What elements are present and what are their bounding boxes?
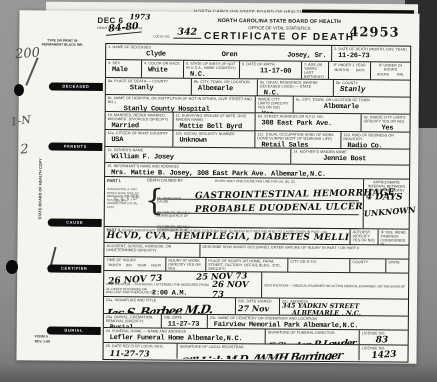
- ssn-value: Unknown: [175, 137, 252, 146]
- cause-line-a: 18. IMMEDIATE CAUSE GASTROINTESTINAL HEM…: [157, 186, 359, 201]
- field-informant: 15. INFORMANT'S NAME AND ADDRESS Mrs. Ma…: [105, 163, 409, 179]
- field-injury-county: COUNTY: [350, 259, 386, 272]
- section-cause-of-death: PART I. DEATH CAUSED BY: ENTER ONLY ONE …: [105, 177, 409, 230]
- death-caused-by-label: DEATH CAUSED BY:: [147, 178, 183, 182]
- field-occupation: 12c. USUAL OCCUPATION (KIND OF WORK DONE…: [255, 131, 341, 148]
- field-death-city: 8b. CITY, TOWN, OR LOCATION Albemarle: [192, 79, 258, 96]
- marital-value: Married: [107, 122, 170, 129]
- findings-label: IF YES, WERE FINDINGS CONSIDERED IN DETE…: [380, 230, 406, 244]
- field-residence-city-limits: 9e. INSIDE CITY LIMITS (SPECIFY YES OR N…: [361, 114, 409, 131]
- registrar-license-value: 1423: [361, 349, 406, 360]
- death-occurred-time: 2:00 A.M.: [148, 289, 187, 297]
- pencil-annotation-2: 2: [20, 142, 29, 158]
- address-line2: ALBEMARLE , N.C.: [282, 309, 406, 316]
- certificate-serial-number: 42953: [349, 25, 399, 40]
- street-label: 9d. STREET ADDRESS OR R.F.D. NO.: [258, 114, 359, 119]
- death-county-label: 8a. PLACE OF DEATH — COUNTY: [108, 79, 189, 84]
- tab-burial: BURIAL: [47, 327, 101, 335]
- interval-a-value: 4 DAYS: [366, 192, 403, 202]
- field-date-signed: 22b. DATE SIGNED 27 Nov 73: [236, 298, 280, 314]
- field-how-injury-occurred: DESCRIBE HOW INJURY OCCURRED. ENTER NATU…: [200, 244, 408, 259]
- under24-label: IF UNDER 24 HOURS: [373, 63, 408, 72]
- field-race: 4. COLOR OR RACE White: [142, 60, 184, 77]
- residence-limits-value: Yes: [377, 125, 407, 132]
- citizen-label: 12a. CITIZEN OF WHAT COUNTRY: [107, 131, 170, 136]
- attended-to-date: 26 NOV 73: [212, 280, 261, 297]
- field-findings: IF YES, WERE FINDINGS CONSIDERED IN DETE…: [379, 229, 409, 244]
- field-name-of-deceased: 1. NAME OF DECEASED Clyde Oren Josey, Sr…: [106, 44, 332, 61]
- dob-label: 6. DATE OF BIRTH: [242, 62, 299, 67]
- month-label: MONTH: [109, 263, 121, 267]
- residence-county-label: 9b. COUNTY: [336, 81, 408, 86]
- me-cert-label: CERTIFICATION — MEDICAL EXAMINER OR ACTI…: [264, 283, 405, 298]
- sex-label: 3. SEX: [108, 61, 139, 65]
- injury-county-label: COUNTY: [352, 260, 383, 264]
- certificate-form: 1. NAME OF DECEASED Clyde Oren Josey, Sr…: [102, 43, 411, 363]
- burial-type-value: Burial: [106, 324, 159, 327]
- hospital-limits-label: INSIDE CITY LIMITS (SPECIFY YES OR NO): [258, 97, 291, 110]
- hospital-value: Stanly County Hospital: [120, 105, 253, 112]
- tab-certifier: CERTIFIER: [47, 265, 101, 273]
- year-label: YEAR: [137, 263, 146, 267]
- street-value: 308 East Park Ave.: [258, 119, 359, 128]
- spouse-value: Mattie Bell Byrd: [175, 123, 252, 130]
- field-place-of-injury: PLACE OF INJURY (AT HOME, FARM, STREET, …: [206, 258, 288, 272]
- under1-label: IF UNDER 1 YEAR: [331, 63, 368, 67]
- injury-state-label: STATE: [388, 260, 406, 264]
- death-city-label: 8b. CITY, TOWN, OR LOCATION: [194, 80, 255, 85]
- field-accident-type: ACCIDENT, SUICIDE, HOMICIDE, OR UNDETERM…: [104, 243, 200, 257]
- due-to-b-value: PROBABLE DUODENAL ULCER: [195, 202, 363, 215]
- field-hospital-city-limits: INSIDE CITY LIMITS (SPECIFY YES OR NO) Y…: [256, 96, 294, 112]
- field-citizenship: 12a. CITIZEN OF WHAT COUNTRY USA: [105, 130, 173, 147]
- field-sex: 3. SEX Male: [106, 60, 142, 77]
- interval-column: APPROXIMATE INTERVAL BETWEEN ONSET AND D…: [363, 179, 409, 228]
- father-value: William F. Josey: [107, 153, 288, 163]
- business-label: 12d. KIND OF BUSINESS OR INDUSTRY: [343, 133, 407, 142]
- field-date-of-birth: 6. DATE OF BIRTH 11-17-00: [240, 61, 302, 79]
- mother-value: Jennie Bost: [319, 155, 407, 164]
- marital-label: 10. MARRIED, NEVER MARRIED, WIDOWED, DIV…: [108, 113, 171, 122]
- bstate-label: 5. STATE OF BIRTH (IF NOT IN U.S.A., NAM…: [186, 62, 237, 71]
- mother-label: 14. MOTHER'S MAIDEN NAME: [293, 150, 407, 155]
- burial-type-label: 23a. BURIAL, CREMATION, REMOVAL (SPECIFY…: [106, 315, 159, 324]
- autopsy-label: AUTOPSY (SPECIFY YES OR NO): [353, 230, 376, 243]
- enter-one-cause-note: ENTER ONLY ONE CAUSE PER LINE FOR (A), (…: [215, 179, 335, 184]
- local-no-label: LOCAL NO.: [153, 34, 170, 38]
- pencil-slash-mark: [25, 57, 38, 85]
- date-signed-value: 27 Nov 73: [238, 303, 277, 314]
- name-middle: Oren: [218, 51, 238, 59]
- field-residence-county: 9b. COUNTY Stanly: [334, 80, 410, 97]
- accident-type-label: ACCIDENT, SUICIDE, HOMICIDE, OR UNDETERM…: [106, 244, 197, 253]
- name-last: Josey, Sr.: [283, 52, 326, 60]
- field-certification-physician: CERTIFICATION — PHYSICIAN: I ATTENDED TH…: [104, 271, 262, 297]
- field-physician-address: 22c. ADDRESS 345 YADKIN STREET ALBEMARLE…: [280, 299, 408, 316]
- hole-punch-top: [14, 84, 24, 96]
- day-label: DAY: [126, 263, 133, 267]
- citizen-value: USA: [107, 136, 170, 145]
- burial-date-value: 11-27-73: [164, 321, 205, 328]
- date-received-value: 11-27-73: [106, 348, 175, 359]
- burial-date-label: 23b. DATE: [164, 316, 205, 320]
- field-date-of-death: 2. DATE OF DEATH (MONTH, DAY, YEAR) 11-2…: [332, 46, 410, 62]
- physician-signature: Jas S. Barbee M.D.: [105, 302, 214, 314]
- field-mother-name: 14. MOTHER'S MAIDEN NAME Jennie Bost: [291, 149, 409, 165]
- bstate-value: N.C.: [186, 71, 237, 78]
- business-value: Radio Co.: [343, 142, 407, 148]
- part1-label: PART I.: [107, 178, 121, 183]
- field-street-address: 9d. STREET ADDRESS OR R.F.D. NO. 308 Eas…: [255, 113, 361, 131]
- field-surviving-spouse: 11. SURVIVING SPOUSE (IF WIFE, GIVE MAID…: [173, 113, 255, 131]
- field-residence-state: 9a. USUAL RESIDENCE (WHERE DECEASED LIVE…: [258, 79, 334, 96]
- dob-value: 11-17-00: [256, 67, 299, 75]
- director-license-value: 83: [362, 335, 406, 344]
- months-label: MONTHS: [334, 68, 349, 72]
- min-label: MIN.: [397, 73, 404, 77]
- interval-b-value: UNKNOWN: [363, 204, 415, 218]
- residence-state-value: N.C.: [260, 90, 331, 96]
- ink-instruction-note: TYPE OR PRINT IN PERMANENT BLACK INK: [41, 38, 83, 47]
- hospital-limits-value: Yes: [258, 111, 291, 113]
- field-state-of-birth: 5. STATE OF BIRTH (IF NOT IN U.S.A., NAM…: [184, 61, 240, 78]
- residence-town-value: Albemarle: [320, 103, 408, 112]
- hospital-label: 8c. NAME OF HOSPITAL OR INSTITUTION (IF …: [108, 96, 253, 106]
- tab-cause: CAUSE: [48, 219, 102, 227]
- injury-city-label: CITY OR R.F.D.: [290, 260, 347, 265]
- sex-value: Male: [108, 66, 139, 74]
- field-autopsy: AUTOPSY (SPECIFY YES OR NO) NO: [351, 229, 379, 244]
- registrar-signature: Gill Lisk M.D. /WMH Barringer: [178, 349, 343, 360]
- field-injury-at-work: INJURY AT WORK (SPECIFY YES OR NO): [166, 258, 206, 271]
- occupation-label: 12c. USUAL OCCUPATION (KIND OF WORK DONE…: [257, 132, 338, 141]
- field-marital-status: 10. MARRIED, NEVER MARRIED, WIDOWED, DIV…: [106, 112, 174, 130]
- field-burial-type: 23a. BURIAL, CREMATION, REMOVAL (SPECIFY…: [104, 314, 162, 328]
- field-certification-medical-examiner: CERTIFICATION — MEDICAL EXAMINER OR ACTI…: [262, 272, 408, 298]
- pencil-annotation-1n: 1-N: [10, 113, 32, 129]
- certificate-sheet: DEC 6 1973 REGISTRATION DISTRICT NO. 84-…: [16, 10, 419, 363]
- field-ssn: 12b. SOCIAL SECURITY NUMBER Unknown: [173, 131, 255, 148]
- field-funeral-director-signature: SIGNATURE OF FUNERAL DIRECTOR E Stanton …: [266, 329, 360, 344]
- field-registrar-signature: SIGNATURE OF LOCAL REGISTRAR Gill Lisk M…: [178, 344, 360, 361]
- injury-at-work-label: INJURY AT WORK (SPECIFY YES OR NO): [168, 259, 203, 271]
- form-number-note: FORM A REV. 1-68: [35, 334, 50, 344]
- death-occurred-label: 21. DEATH OCCURRED ON: [106, 287, 147, 291]
- funeral-director-signature: E Stanton R Lowder: [267, 338, 357, 344]
- occupation-value: Retail Sales: [257, 142, 338, 148]
- field-physician-signature: 22a. SIGNATURE AND TITLE Jas S. Barbee M…: [104, 297, 236, 314]
- field-death-county: 8a. PLACE OF DEATH — COUNTY Stanly: [106, 78, 192, 95]
- field-registrar-license: LICENSE NO. 1423: [359, 345, 407, 360]
- field-date-received: 25. DATE REC'D BY LOCAL REG. 11-27-73: [104, 343, 178, 359]
- tab-deceased: DECEASED: [49, 83, 103, 91]
- residence-county-value: Stanly: [336, 86, 408, 95]
- field-if-under-24-hours: IF UNDER 24 HOURS HOURS MIN.: [371, 62, 410, 79]
- residence-limits-label: 9e. INSIDE CITY LIMITS (SPECIFY YES OR N…: [364, 115, 408, 124]
- dod-label: 2. DATE OF DEATH (MONTH, DAY, YEAR): [334, 47, 408, 52]
- how-injury-label: DESCRIBE HOW INJURY OCCURRED. ENTER NATU…: [202, 245, 406, 251]
- ssn-label: 12b. SOCIAL SECURITY NUMBER: [175, 132, 252, 137]
- field-age: 7. AGE (IN YEARS LAST BIRTHDAY) 73: [302, 62, 329, 79]
- other-conditions-value: HCVD, CVA, HEMIPLEGIA, DIABETES MELLITUS: [107, 231, 348, 243]
- autopsy-value: NO: [352, 243, 375, 245]
- scanned-death-certificate: NORTH CAROLINA STATE BOARD OF HEALTH DEC…: [0, 0, 437, 382]
- place-of-injury-label: PLACE OF INJURY (AT HOME, FARM, STREET, …: [208, 259, 285, 272]
- field-other-conditions: PART II. OTHER SIGNIFICANT CONDITIONS: C…: [105, 227, 351, 244]
- race-value: White: [144, 66, 181, 74]
- field-hospital: 8c. NAME OF HOSPITAL OR INSTITUTION (IF …: [106, 95, 256, 112]
- field-residence-town: 9c. CITY, TOWN, OR LOCATION OF TOWN Albe…: [294, 97, 410, 114]
- death-county-value: Stanly: [126, 84, 189, 93]
- residence-state-label: 9a. USUAL RESIDENCE (WHERE DECEASED LIVE…: [260, 80, 331, 89]
- field-business: 12d. KIND OF BUSINESS OR INDUSTRY Radio …: [341, 132, 409, 149]
- scanner-background-bottom: [0, 361, 437, 382]
- reg-district-value: 84-80: [105, 20, 142, 35]
- hours-label: HOURS: [377, 73, 389, 77]
- hole-punch-bottom: [6, 260, 18, 274]
- dod-value: 11-26-73: [334, 52, 408, 61]
- field-cemetery: 23c. NAME OF CEMETERY OR CREMATORY AND L…: [208, 315, 408, 330]
- funeral-home-value: Lefler Funeral Home Albemarle,N.C.: [106, 334, 263, 343]
- field-injury-city: CITY OR R.F.D.: [288, 259, 350, 273]
- field-funeral-home: 24. FUNERAL HOME — NAME AND ADDRESS Lefl…: [104, 328, 266, 343]
- spouse-label: 11. SURVIVING SPOUSE (IF WIFE, GIVE MAID…: [176, 114, 253, 123]
- copy-designation-note: STATE BOARD OF HEALTH COPY: [38, 154, 44, 224]
- field-father-name: 13. FATHER'S NAME William F. Josey: [105, 147, 291, 164]
- field-burial-date: 23b. DATE 11-27-73: [162, 315, 208, 328]
- death-city-value: Albemarle: [194, 85, 255, 94]
- form-note-line2: REV. 1-68: [35, 339, 50, 344]
- hour-label: HOUR: [151, 264, 161, 268]
- cause-line-b: (B) DUE TO, OR AS A CONSEQUENCE OF PROBA…: [157, 200, 359, 215]
- days-label: DAYS: [356, 68, 365, 72]
- residence-town-label: 9c. CITY, TOWN, OR LOCATION OF TOWN: [296, 98, 408, 103]
- race-label: 4. COLOR OR RACE: [144, 61, 181, 65]
- field-injury-state: STATE: [386, 259, 408, 272]
- time-of-injury-label: TIME OF INJURY: [106, 258, 163, 263]
- field-time-of-injury: TIME OF INJURY MONTH DAY YEAR HOUR: [104, 257, 166, 271]
- field-if-under-1-year: IF UNDER 1 YEAR MONTHS DAYS: [329, 62, 371, 79]
- tab-parents: PARENTS: [48, 143, 102, 151]
- director-signature-label: SIGNATURE OF FUNERAL DIRECTOR: [268, 330, 357, 335]
- age-label: 7. AGE (IN YEARS LAST BIRTHDAY): [304, 63, 326, 79]
- field-director-license: LICENSE NO. 83: [360, 330, 408, 344]
- name-first: Clyde: [142, 50, 166, 58]
